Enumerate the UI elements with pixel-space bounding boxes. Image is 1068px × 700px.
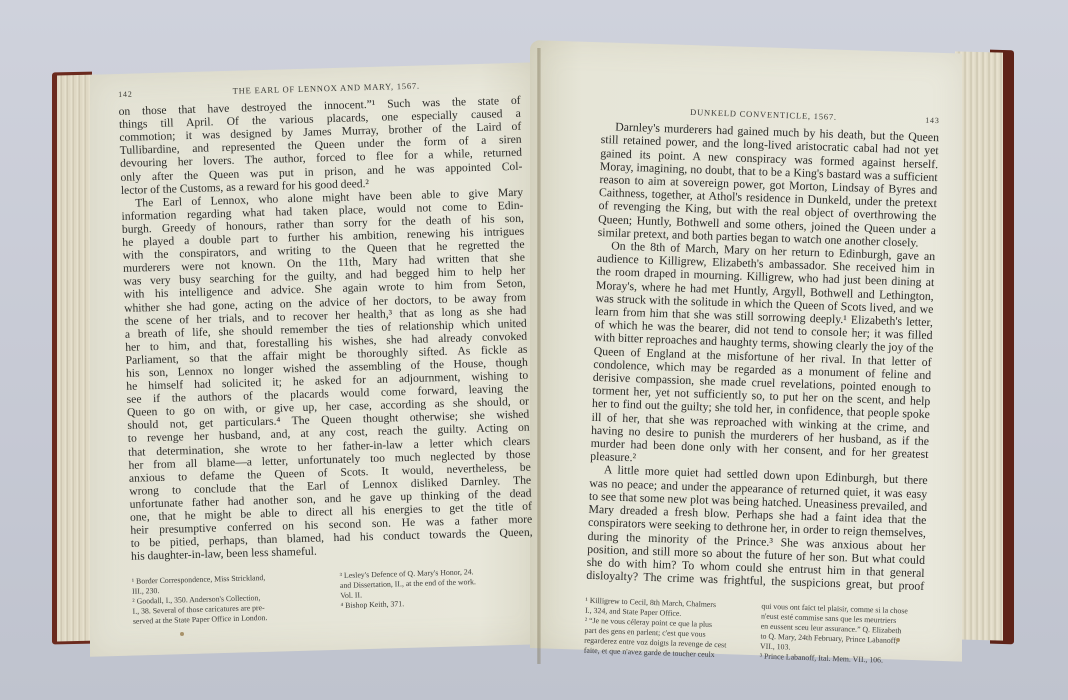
footnotes: ¹ Killigrew to Cecil, 8th March, Chalmer… (584, 596, 924, 667)
footnote-column: ¹ Border Correspondence, Miss Strickland… (132, 572, 327, 627)
page-number: 143 (925, 114, 940, 128)
page-edges-right (955, 51, 1003, 640)
foxing-spot (180, 632, 184, 636)
footnote-column: ¹ Killigrew to Cecil, 8th March, Chalmer… (584, 596, 748, 661)
book-gutter (537, 48, 541, 664)
footnote-column: ³ Lesley's Defence of Q. Mary's Honor, 2… (340, 566, 535, 621)
body-text: Darnley's murderers had gained much by h… (586, 120, 939, 593)
left-page-text: 142 THE EARL OF LENNOX AND MARY, 1567. o… (118, 77, 535, 627)
body-text: on those that have destroyed the innocen… (118, 94, 533, 563)
footnote-column: qui vous ont faict tel plaisir, comme si… (760, 602, 924, 667)
page-number: 142 (118, 88, 133, 101)
right-page-text: DUNKELD CONVENTICLE, 1567. 143 Darnley's… (584, 103, 940, 667)
